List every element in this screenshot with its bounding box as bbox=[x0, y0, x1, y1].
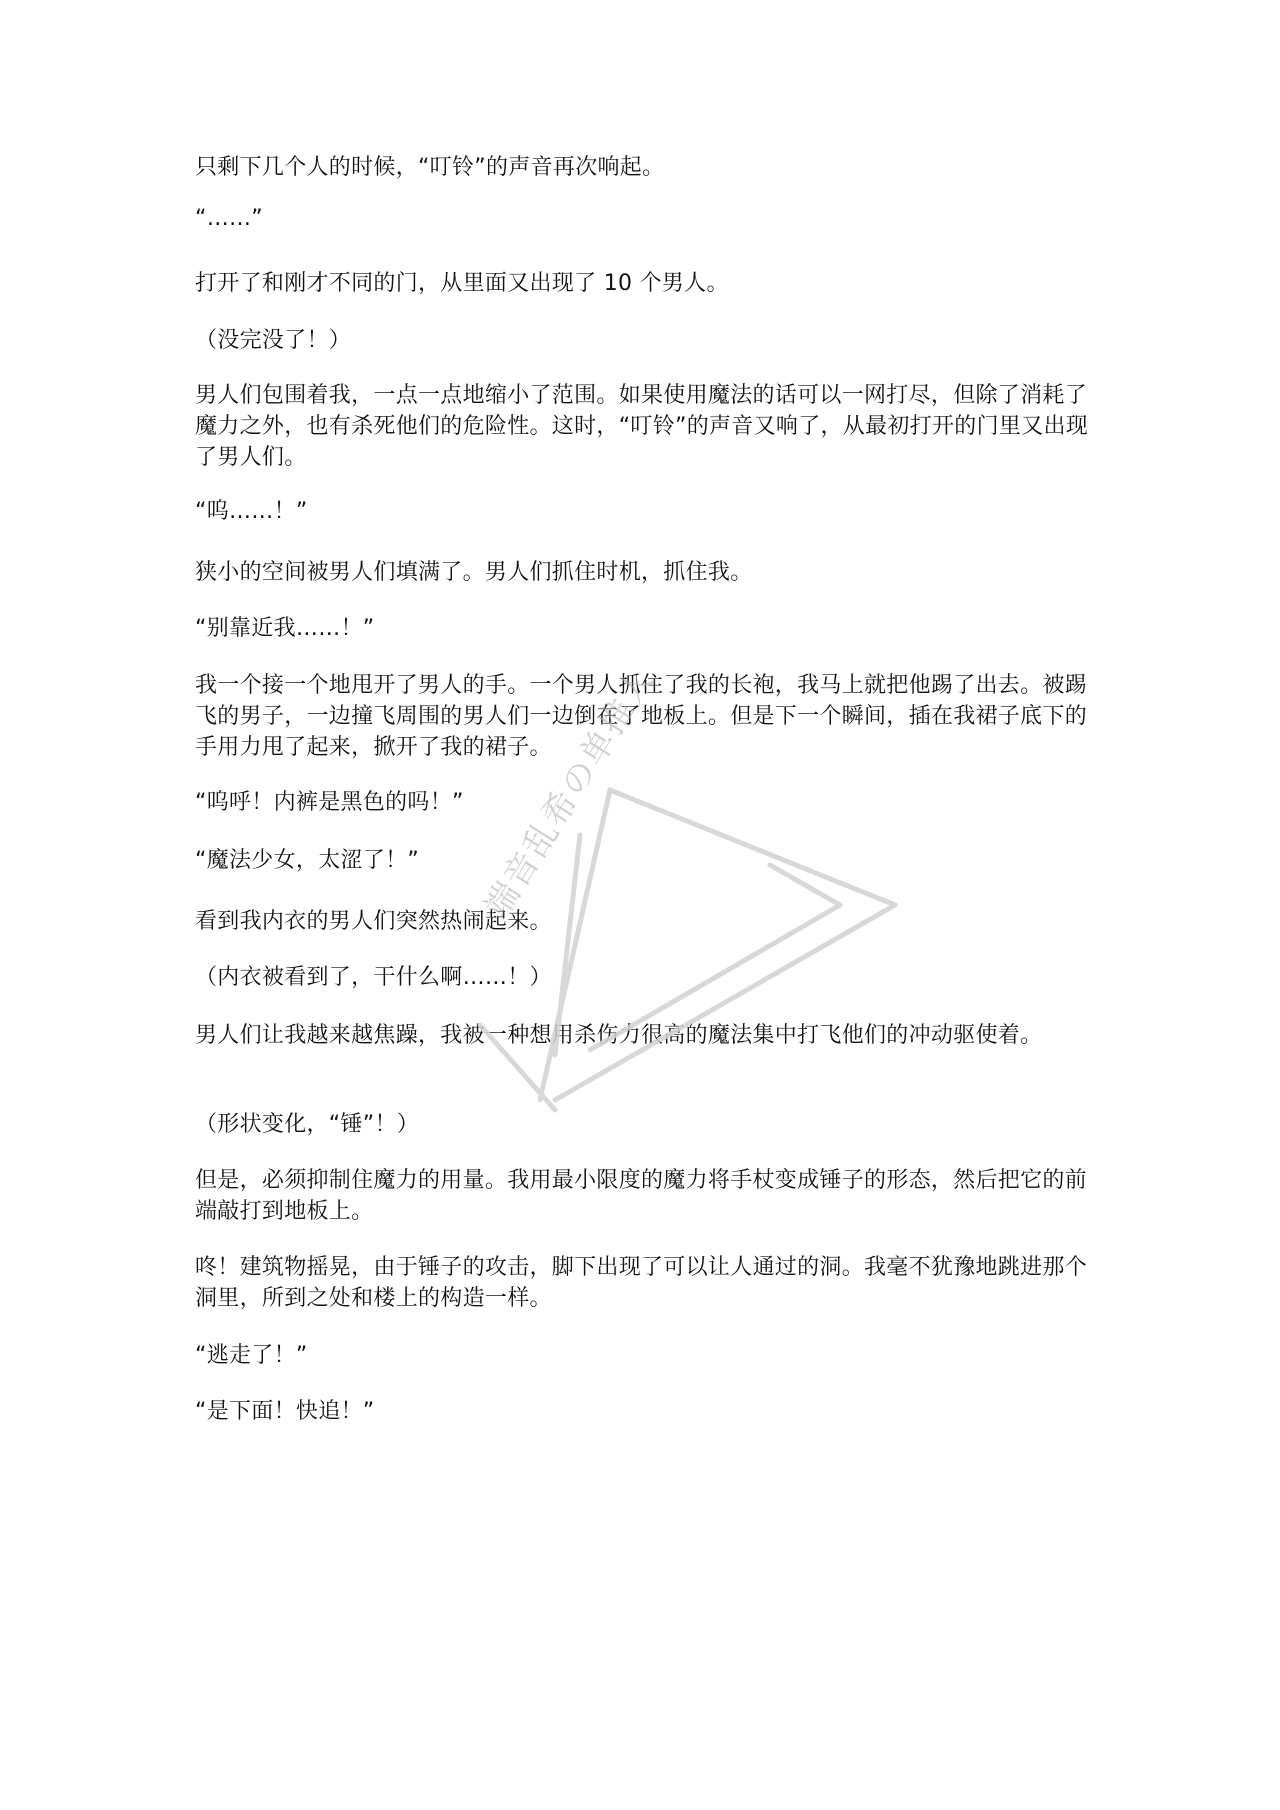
paragraph-9: 我一个接一个地甩开了男人的手。一个男人抓住了我的长袍，我马上就把他踢了出去。被踢… bbox=[195, 670, 1095, 763]
document-page: 只剩下几个人的时候，“叮铃”的声音再次响起。 “……” 打开了和刚才不同的门，从… bbox=[0, 0, 1280, 1810]
paragraph-17: 咚！建筑物摇晃，由于锤子的攻击，脚下出现了可以让人通过的洞。我毫不犹豫地跳进那个… bbox=[195, 1252, 1095, 1314]
paragraph-13: （内衣被看到了，干什么啊……！） bbox=[195, 962, 1095, 993]
paragraph-1: 只剩下几个人的时候，“叮铃”的声音再次响起。 bbox=[195, 152, 1095, 183]
paragraph-4: （没完没了！） bbox=[195, 325, 1095, 356]
paragraph-11: “魔法少女，太涩了！” bbox=[195, 845, 1095, 876]
paragraph-7: 狭小的空间被男人们填满了。男人们抓住时机，抓住我。 bbox=[195, 557, 1095, 588]
paragraph-5: 男人们包围着我，一点一点地缩小了范围。如果使用魔法的话可以一网打尽，但除了消耗了… bbox=[195, 380, 1095, 473]
paragraph-19: “是下面！快追！” bbox=[195, 1396, 1095, 1427]
paragraph-16: 但是，必须抑制住魔力的用量。我用最小限度的魔力将手杖变成锤子的形态，然后把它的前… bbox=[195, 1165, 1095, 1227]
paragraph-10: “呜呼！内裤是黑色的吗！” bbox=[195, 787, 1095, 818]
paragraph-2: “……” bbox=[195, 203, 1095, 234]
paragraph-6: “呜……！” bbox=[195, 496, 1095, 527]
paragraph-12: 看到我内衣的男人们突然热闹起来。 bbox=[195, 906, 1095, 937]
paragraph-8: “别靠近我……！” bbox=[195, 613, 1095, 644]
paragraph-18: “逃走了！” bbox=[195, 1340, 1095, 1371]
paragraph-3: 打开了和刚才不同的门，从里面又出现了 10 个男人。 bbox=[195, 268, 1095, 299]
paragraph-15: （形状变化，“锤”！） bbox=[195, 1109, 1095, 1140]
paragraph-14: 男人们让我越来越焦躁，我被一种想用杀伤力很高的魔法集中打飞他们的冲动驱使着。 bbox=[195, 1020, 1095, 1051]
